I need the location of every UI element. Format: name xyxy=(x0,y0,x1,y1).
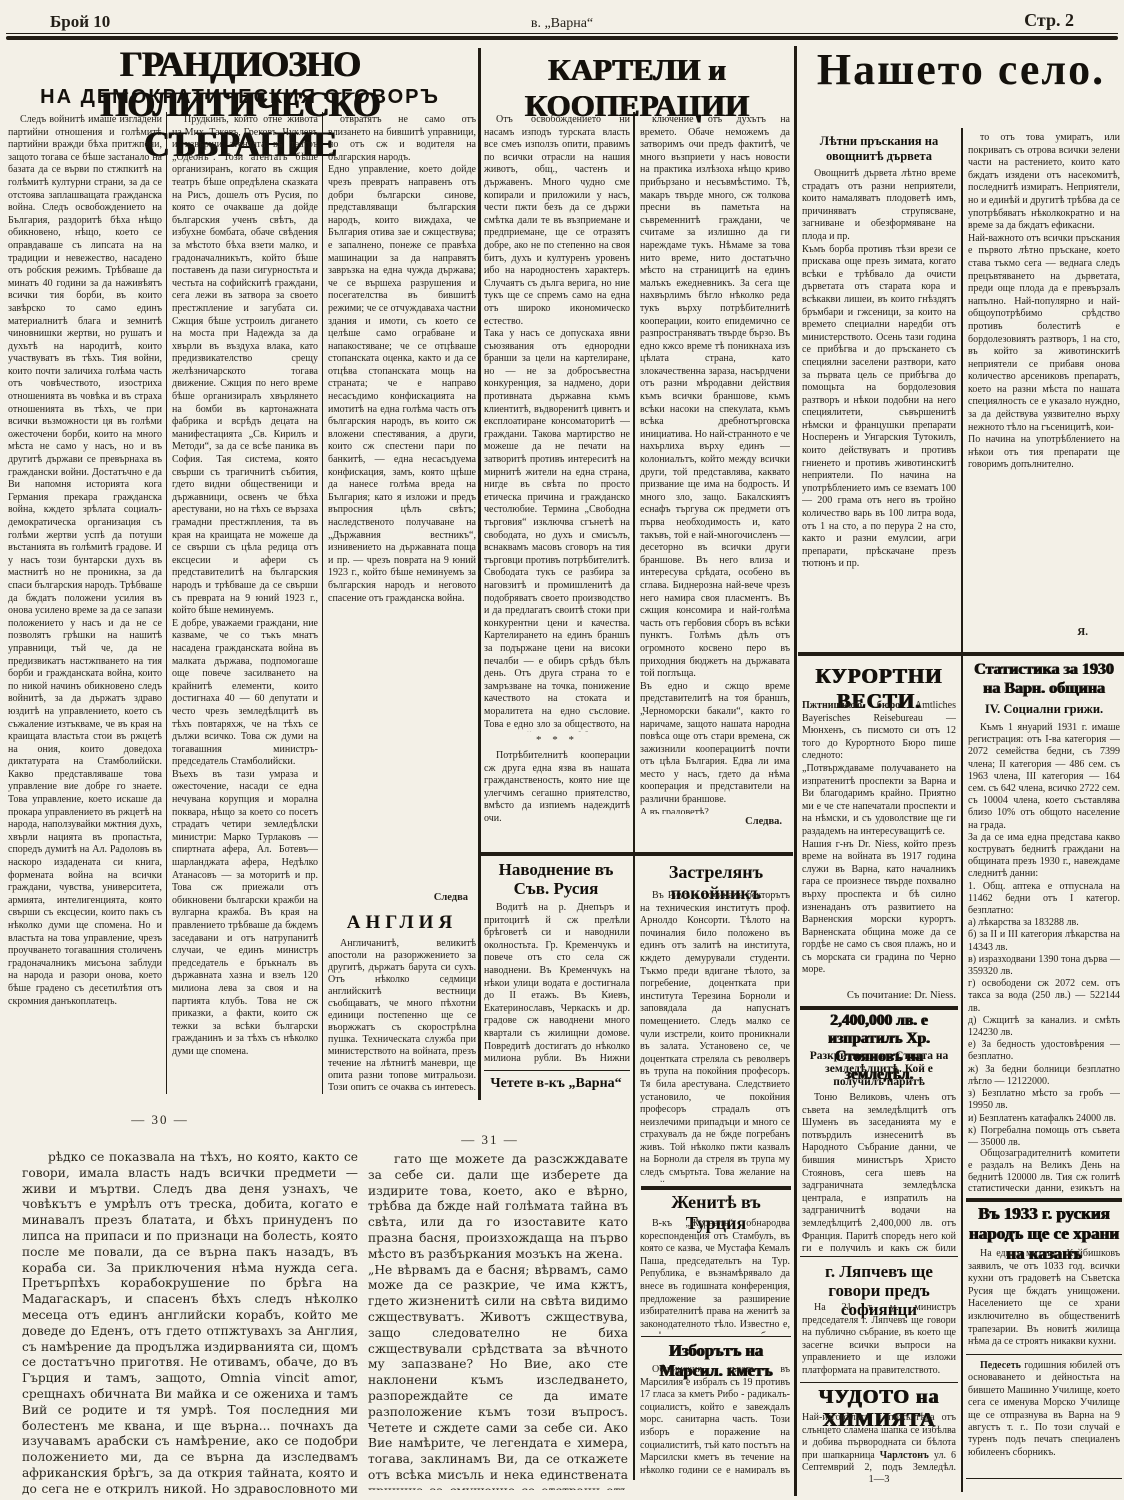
cartels-column-1b: Потрѣбителнитѣ кооперации сж друга една … xyxy=(484,750,630,830)
cartels-continuation: Следва. xyxy=(640,816,782,827)
promo-rule xyxy=(484,1070,630,1071)
feuilleton-page-right: — 31 — xyxy=(390,1132,590,1148)
right-section-rule xyxy=(798,652,1124,656)
masthead: в. „Варна“ xyxy=(412,16,712,32)
read-varna-promo: Четете в-къ „Варна“ xyxy=(482,1076,630,1092)
lead-subhead: НА ДЕМОКРАТИЧЕСКИЯ СГОВОРЪ xyxy=(4,86,476,109)
england-body: Англичанитѣ, великитѣ апостоли на разорж… xyxy=(328,938,476,1090)
statistics-headline: Статистика за 1930 на Варн. община xyxy=(966,660,1122,698)
divider-middle-right xyxy=(794,46,797,1496)
flood-headline: Наводнение въ Съв. Русия xyxy=(482,860,630,898)
money-rule xyxy=(800,1006,958,1010)
divider-lead-col1 xyxy=(166,112,167,1094)
village-signature: Я. xyxy=(968,626,1088,638)
lyapchev-rule xyxy=(800,1256,958,1257)
money-subhead: Разкритията въ Съвета на земледѣлцитѣ. К… xyxy=(802,1050,956,1089)
shot-dead-body: Въ Римъ е починалъ ректорътъ на техничес… xyxy=(640,890,790,1182)
divider-lead-col2 xyxy=(322,112,323,1094)
divider-left-middle xyxy=(478,48,481,1100)
chemistry-body: Най-изгорѣлата и пожълтѣла отъ слънцето … xyxy=(802,1412,956,1472)
resort-news-body: Пжтнишкото бюро Amtliches Bayerisches Re… xyxy=(802,700,956,988)
marseille-rule xyxy=(641,1336,791,1337)
village-headline: Нашето село. xyxy=(798,44,1124,95)
russia-rule xyxy=(966,1198,1122,1202)
feuilleton-column-right: гато ще можете да разсжждавате за себе с… xyxy=(368,1152,628,1490)
jubilee-lead: Педесеть xyxy=(980,1360,1021,1371)
flood-body: Водитѣ на р. Днепъръ и притоцитѣ й сж пр… xyxy=(484,902,630,1066)
newspaper-page: Брой 10 в. „Варна“ Стр. 2 ГРАНДИОЗНО ПОЛ… xyxy=(0,0,1124,1500)
village-subhead: Лѣтни пръскания на овощнитѣ дървета xyxy=(802,134,956,163)
lead-continuation: Следва xyxy=(328,892,468,903)
chemistry-brand: Чарлстонъ xyxy=(880,1450,929,1461)
statistics-subhead: IV. Социални грижи. xyxy=(966,702,1122,717)
lead-column-3: отвратятъ не само отъ влизането на бивши… xyxy=(328,114,476,888)
resort-news-lead: Пжтнишкото бюро xyxy=(802,700,900,711)
women-rule xyxy=(641,1186,791,1190)
divider-middle-cols xyxy=(633,112,635,1480)
jubilee-rule xyxy=(966,1354,1122,1355)
village-column-2: то отъ това умиратъ, или покриватъ съ от… xyxy=(968,132,1120,622)
bottom-right-rule xyxy=(966,1478,1122,1479)
lyapchev-body: На 21 т. м. министръ председателя г. Ляп… xyxy=(802,1302,956,1378)
statistics-body: Къмъ 1 януарий 1931 г. имаше регистрация… xyxy=(968,722,1120,1146)
page-number: Стр. 2 xyxy=(974,10,1074,31)
women-turkey-body: В-къ „Журналъ“ обнародва кореспонденция … xyxy=(640,1218,790,1334)
village-column-1: Овощнитѣ дървета лѣтно време страдатъ от… xyxy=(802,168,956,650)
header-rule-thin xyxy=(6,33,1118,34)
feuilleton-page-left: — 30 — xyxy=(60,1112,260,1128)
divider-right-cols xyxy=(961,128,963,1492)
chemistry-footer: 1—3 xyxy=(802,1474,956,1485)
cartels-column-2: ключение отъ духътъ на времето. Обаче не… xyxy=(640,114,790,814)
resort-news-text: Amtliches Bayerisches Reisebureau — Мюнх… xyxy=(802,700,956,975)
resort-news-closing: Съ почитание: Dr. Niess. xyxy=(802,990,956,1001)
jubilee-item: Педесеть годишния юбилей отъ основаванет… xyxy=(968,1360,1120,1472)
jubilee-text: годишния юбилей отъ основаването и дейно… xyxy=(968,1360,1120,1458)
feuilleton-column-left: рѣдко се показвала на тѣхъ, но която, ка… xyxy=(22,1150,358,1496)
header-rule-thick xyxy=(6,36,1118,40)
cartels-column-1: Отъ освобождението ни насамъ изподъ турс… xyxy=(484,114,630,732)
russia-1933-body: На единъ митингъ Куйбишковъ заявилъ, че … xyxy=(968,1248,1120,1350)
issue-number: Брой 10 xyxy=(50,12,110,32)
statistics-closing: Общозаградителнитѣ комитети е раздалъ на… xyxy=(968,1148,1120,1196)
cartels-bottom-rule xyxy=(481,852,793,856)
marseille-body: Общинския съветъ въ Марсилия е избралъ с… xyxy=(640,1364,790,1474)
lead-column-1: Следъ войнитѣ имаше изгладени партийни о… xyxy=(8,114,162,1092)
money-body: Тоню Великовъ, членъ отъ съвета на земле… xyxy=(802,1092,956,1252)
cartels-separator: * * * xyxy=(484,734,630,746)
lead-column-2: Прудкинъ, който отне живота на Мих. Таке… xyxy=(172,114,318,1092)
england-headline: АНГЛИЯ xyxy=(328,912,476,934)
chemistry-rule xyxy=(800,1382,958,1383)
